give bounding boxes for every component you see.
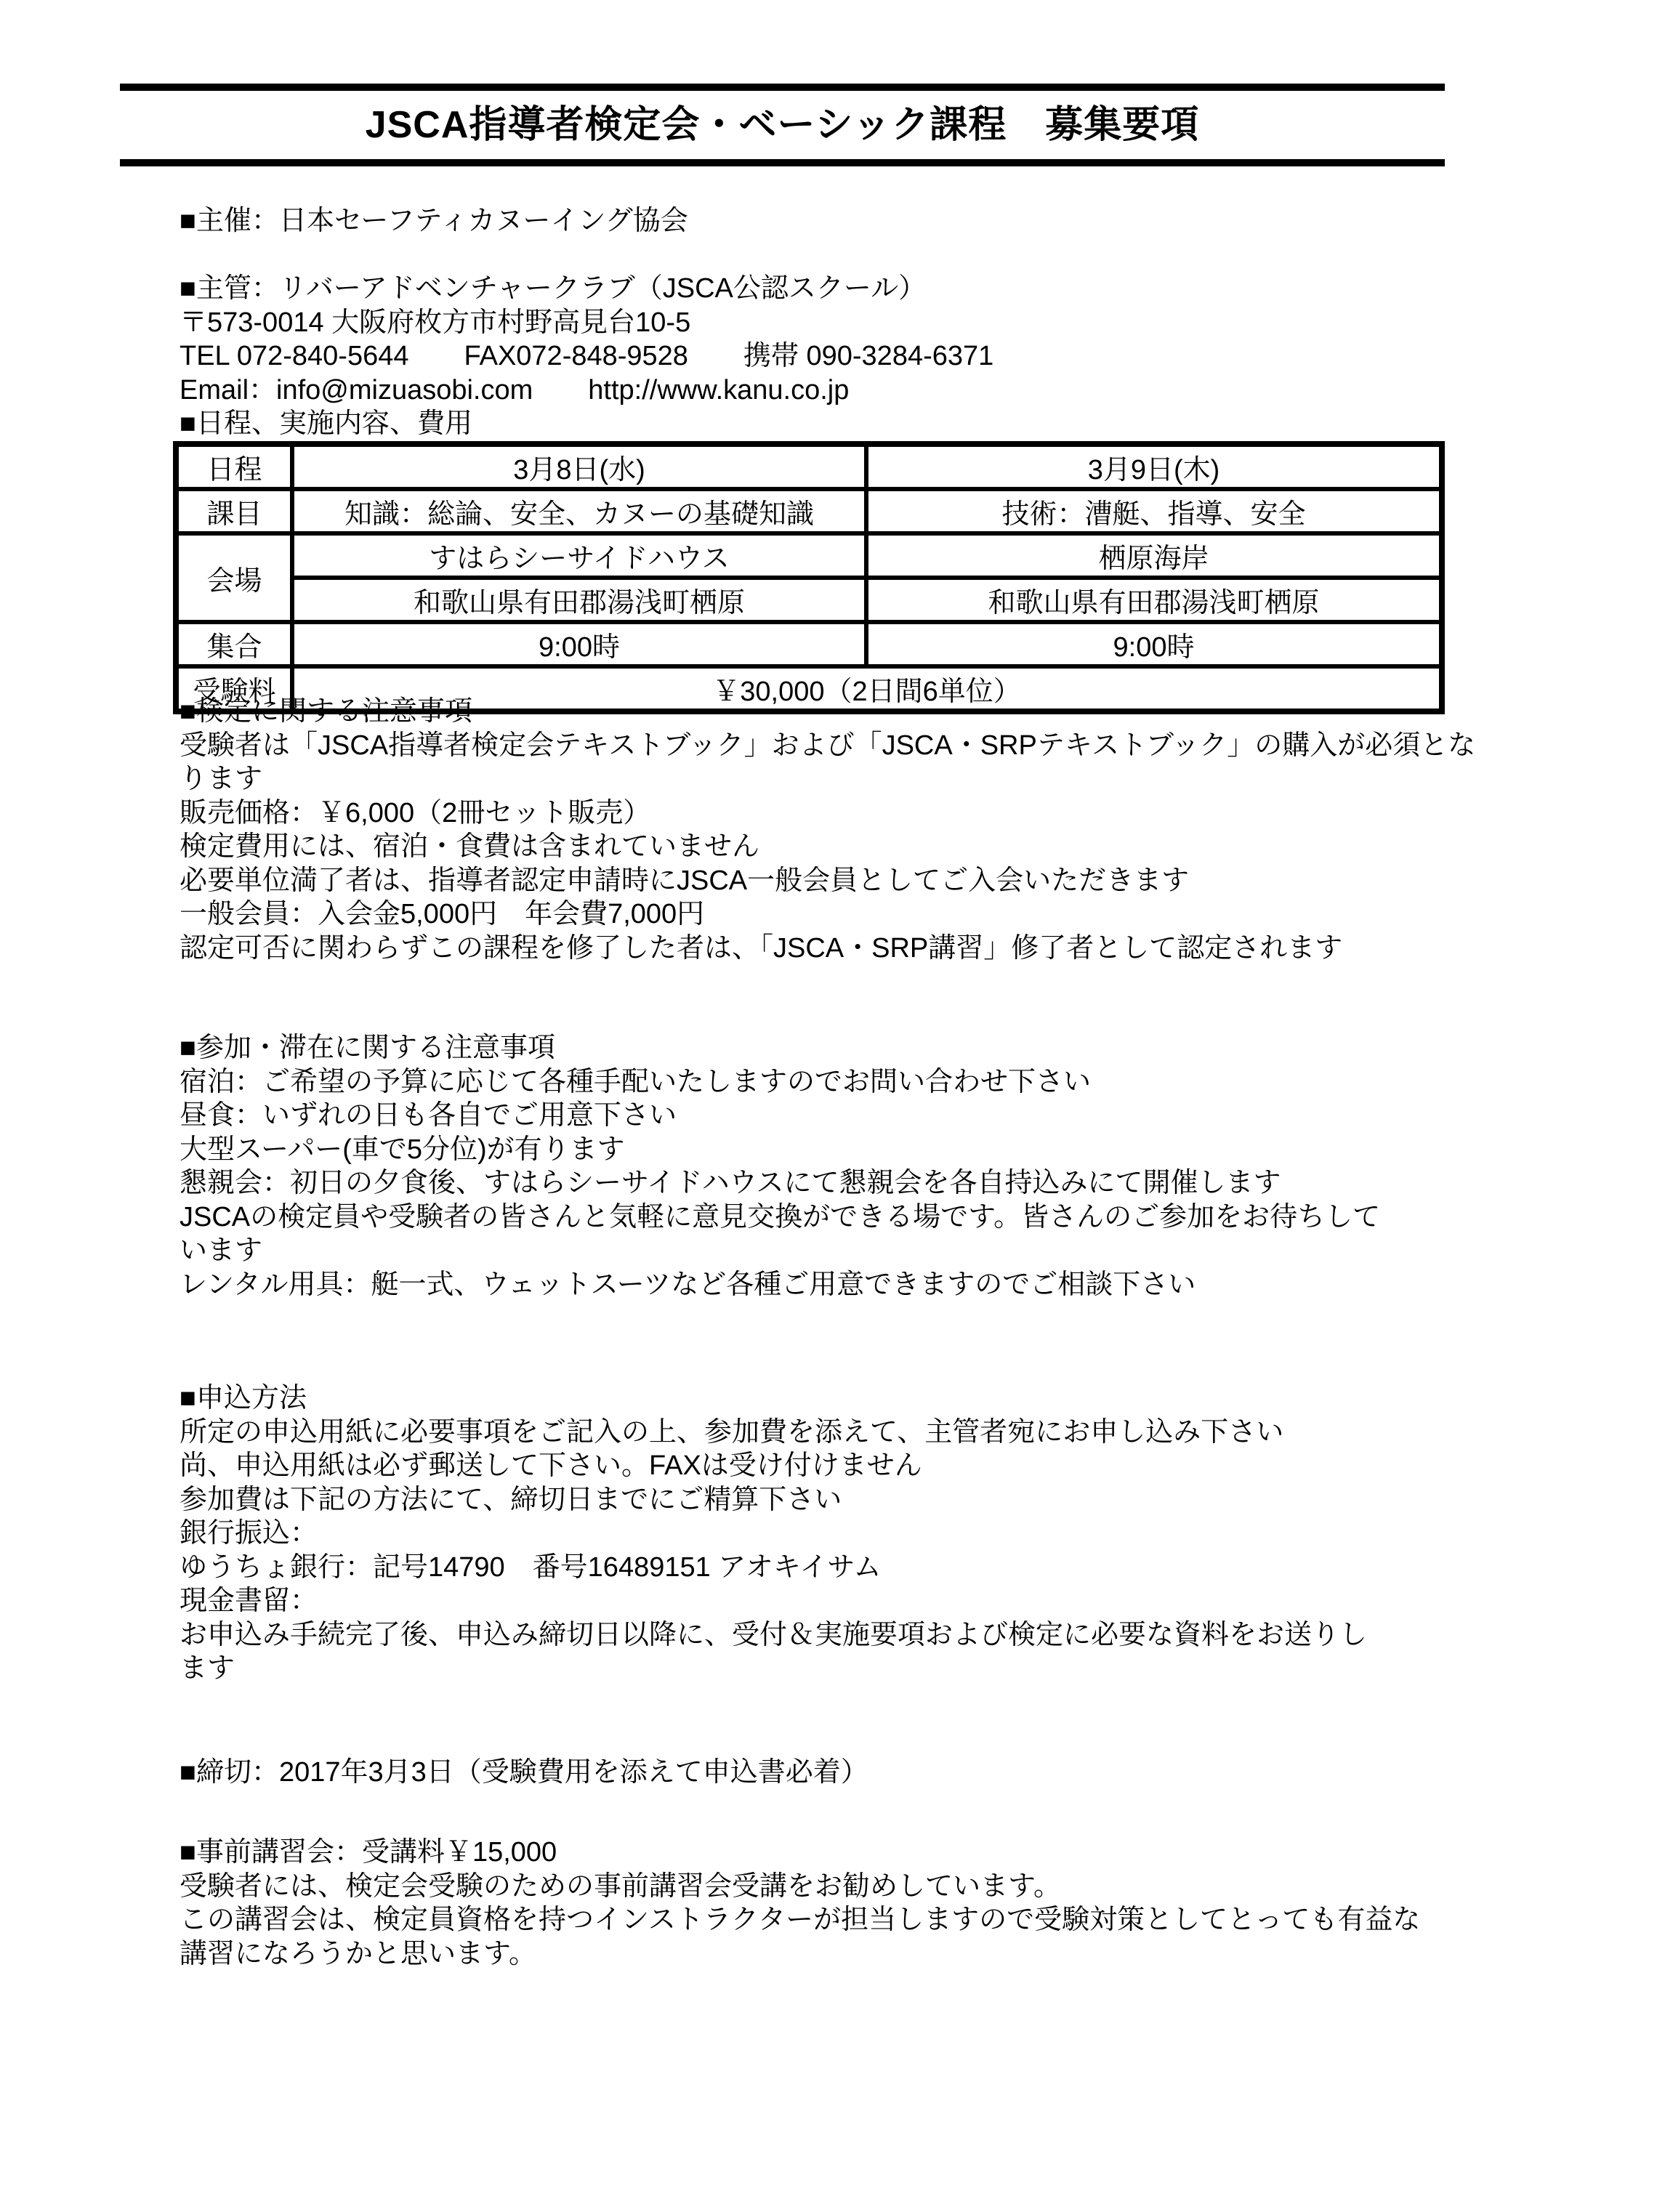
cell-meeting-day2: 9:00時	[866, 622, 1442, 666]
cell-date-day1: 3月8日(水)	[292, 444, 866, 489]
host-line: ■主催：日本セーフティカヌーイング協会	[180, 204, 993, 238]
blank-line	[180, 238, 993, 273]
text-line: 銀行振込：	[180, 1517, 1367, 1551]
text-line: レンタル用具：艇一式、ウェットスーツなど各種ご用意できますのでご相談下さい	[180, 1268, 1380, 1302]
text-line: 尚、申込用紙は必ず郵送して下さい。FAXは受け付けません	[180, 1449, 1367, 1483]
page-title: JSCA指導者検定会・ベーシック課程 募集要項	[120, 92, 1445, 159]
schedule-heading: ■日程、実施内容、費用	[180, 407, 993, 441]
pre-course-heading: ■事前講習会：受講料￥15,000	[180, 1836, 1420, 1870]
text-line: 一般会員：入会金5,000円 年会費7,000円	[180, 897, 1475, 932]
text-line: 参加費は下記の方法にて、締切日までにご精算下さい	[180, 1483, 1367, 1517]
text-line: お申込み手続完了後、申込み締切日以降に、受付＆実施要項および検定に必要な資料をお…	[180, 1618, 1367, 1652]
organizer-line: ■主管：リバーアドベンチャークラブ（JSCA公認スクール）	[180, 272, 993, 306]
text-line: ります	[180, 762, 1475, 796]
email-url-line: Email：info@mizuasobi.com http://www.kanu…	[180, 374, 993, 408]
table-row-subject: 課目 知識：総論、安全、カヌーの基礎知識 技術：漕艇、指導、安全	[176, 489, 1442, 533]
deadline-heading: ■締切：2017年3月3日（受験費用を添えて申込書必着）	[180, 1756, 868, 1790]
text-line: 現金書留：	[180, 1584, 1367, 1618]
text-line: 販売価格：￥6,000（2冊セット販売）	[180, 796, 1475, 831]
address-line: 〒573-0014 大阪府枚方市村野高見台10-5	[180, 306, 993, 340]
text-line: 認定可否に関わらずこの課程を修了した者は、「JSCA・SRP講習」修了者として認…	[180, 932, 1475, 966]
cell-venue-address-day1: 和歌山県有田郡湯浅町栖原	[292, 578, 866, 622]
pre-course-section: ■事前講習会：受講料￥15,000 受験者には、検定会受験のための事前講習会受講…	[180, 1836, 1420, 1971]
exam-notes-heading: ■検定に関する注意事項	[180, 695, 1475, 729]
row-header-venue: 会場	[176, 533, 292, 622]
document-page: JSCA指導者検定会・ベーシック課程 募集要項 ■主催：日本セーフティカヌーイン…	[0, 0, 1657, 2212]
application-heading: ■申込方法	[180, 1381, 1367, 1416]
row-header-meeting: 集合	[176, 622, 292, 666]
text-line: 必要単位満了者は、指導者認定申請時にJSCA一般会員としてご入会いただきます	[180, 864, 1475, 898]
text-line: 昼食：いずれの日も各自でご用意下さい	[180, 1099, 1380, 1133]
text-line: 受験者は「JSCA指導者検定会テキストブック」および「JSCA・SRPテキストブ…	[180, 729, 1475, 763]
text-line: 大型スーパー(車で5分位)が有ります	[180, 1133, 1380, 1167]
text-line: ゆうちょ銀行：記号14790 番号16489151 アオキイサム	[180, 1551, 1367, 1585]
text-line: 宿泊：ご希望の予算に応じて各種手配いたしますのでお問い合わせ下さい	[180, 1065, 1380, 1099]
participation-heading: ■参加・滞在に関する注意事項	[180, 1031, 1380, 1065]
table-row-date: 日程 3月8日(水) 3月9日(木)	[176, 444, 1442, 489]
text-line: 受験者には、検定会受験のための事前講習会受講をお勧めしています。	[180, 1870, 1420, 1904]
text-line: JSCAの検定員や受験者の皆さんと気軽に意見交換ができる場です。皆さんのご参加を…	[180, 1200, 1380, 1235]
text-line: 懇親会：初日の夕食後、すはらシーサイドハウスにて懇親会を各自持込みにて開催します	[180, 1166, 1380, 1200]
text-line: 検定費用には、宿泊・食費は含まれていません	[180, 830, 1475, 864]
cell-venue-address-day2: 和歌山県有田郡湯浅町栖原	[866, 578, 1442, 622]
cell-subject-day2: 技術：漕艇、指導、安全	[866, 489, 1442, 533]
table-row-meeting: 集合 9:00時 9:00時	[176, 622, 1442, 666]
text-line: います	[180, 1234, 1380, 1268]
cell-venue-name-day2: 栖原海岸	[866, 533, 1442, 578]
cell-venue-name-day1: すはらシーサイドハウス	[292, 533, 866, 578]
application-section: ■申込方法 所定の申込用紙に必要事項をご記入の上、参加費を添えて、主管者宛にお申…	[180, 1381, 1367, 1686]
table-row-venue-address: 和歌山県有田郡湯浅町栖原 和歌山県有田郡湯浅町栖原	[176, 578, 1442, 622]
text-line: この講習会は、検定員資格を持つインストラクターが担当しますので受験対策としてとっ…	[180, 1903, 1420, 1937]
phone-line: TEL 072-840-5644 FAX072-848-9528 携帯 090-…	[180, 339, 993, 374]
title-top-rule	[120, 84, 1445, 91]
text-line: ます	[180, 1652, 1367, 1686]
deadline-section: ■締切：2017年3月3日（受験費用を添えて申込書必着）	[180, 1756, 868, 1790]
cell-subject-day1: 知識：総論、安全、カヌーの基礎知識	[292, 489, 866, 533]
header-block: ■主催：日本セーフティカヌーイング協会 ■主管：リバーアドベンチャークラブ（JS…	[180, 204, 993, 441]
participation-notes-section: ■参加・滞在に関する注意事項 宿泊：ご希望の予算に応じて各種手配いたしますのでお…	[180, 1031, 1380, 1301]
row-header-date: 日程	[176, 444, 292, 489]
row-header-subject: 課目	[176, 489, 292, 533]
title-bottom-rule	[120, 159, 1445, 166]
cell-meeting-day1: 9:00時	[292, 622, 866, 666]
schedule-table: 日程 3月8日(水) 3月9日(木) 課目 知識：総論、安全、カヌーの基礎知識 …	[173, 441, 1445, 714]
table-row-venue-name: 会場 すはらシーサイドハウス 栖原海岸	[176, 533, 1442, 578]
cell-date-day2: 3月9日(木)	[866, 444, 1442, 489]
text-line: 講習になろうかと思います。	[180, 1937, 1420, 1971]
exam-notes-section: ■検定に関する注意事項 受験者は「JSCA指導者検定会テキストブック」および「J…	[180, 695, 1475, 965]
text-line: 所定の申込用紙に必要事項をご記入の上、参加費を添えて、主管者宛にお申し込み下さい	[180, 1416, 1367, 1450]
